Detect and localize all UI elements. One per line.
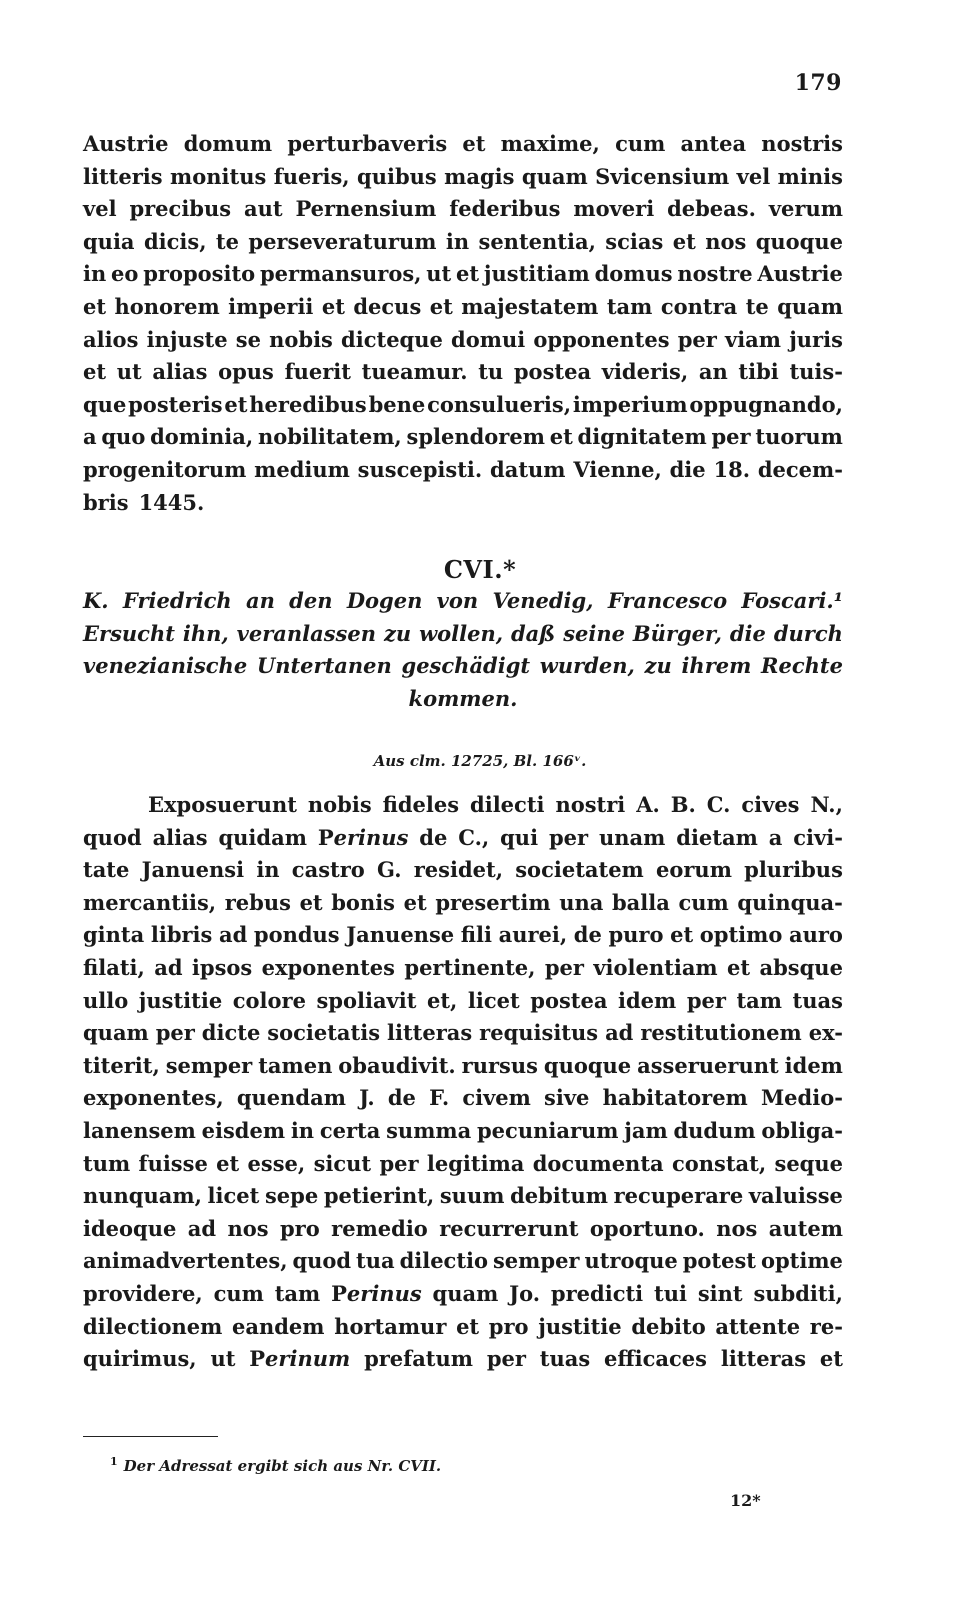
body-line: titerit,sempertamenobaudivit.rursusquoqu… — [83, 1050, 843, 1082]
source-citation: Aus clm. 12725, Bl. 166ᵛ. — [0, 752, 960, 770]
footnote-marker: 1 — [110, 1455, 118, 1468]
regest-line: venezianischeUntertanengeschädigtwurden,… — [83, 650, 843, 682]
body-line: quirimus,utPerinumprefatumpertuasefficac… — [83, 1343, 843, 1375]
text-line: etutaliasopusfuerittueamur.tuposteavider… — [83, 356, 843, 388]
text-line: bris1445. — [83, 487, 843, 519]
body-line: quamperdictesocietatislitterasrequisitus… — [83, 1017, 843, 1049]
body-line: ExposueruntnobisfidelesdilectinostriA.B.… — [148, 789, 843, 821]
body-line: lanensemeisdemincertasummapecuniarumjamd… — [83, 1115, 843, 1147]
text-line: quiadicis,teperseveraturuminsententia,sc… — [83, 226, 843, 258]
regest-line: Ersuchtihn,veranlassenzuwollen,daßseineB… — [83, 618, 843, 650]
page-number: 179 — [795, 70, 842, 96]
body-line: filati,adipsosexponentespertinente,pervi… — [83, 952, 843, 984]
text-line: progenitorummediumsuscepisti.datumVienne… — [83, 454, 843, 486]
text-line: aliosinjustesenobisdictequedomuiopponent… — [83, 324, 843, 356]
footnote: 1Der Adressat ergibt sich aus Nr. CVII. — [110, 1455, 441, 1475]
text-line: Austriedomumperturbaverisetmaxime,cumant… — [83, 128, 843, 160]
text-line: ethonoremimperiietdecusetmajestatemtamco… — [83, 291, 843, 323]
body-line: ullojustitiecolorespoliavitet,licetposte… — [83, 985, 843, 1017]
text-line: aquodominia,nobilitatem,splendoremetdign… — [83, 421, 843, 453]
body-line: dilectionemeandemhortamuretprojustitiede… — [83, 1311, 843, 1343]
body-line: gintalibrisadpondusJanuensefiliaurei,dep… — [83, 919, 843, 951]
body-line: ideoqueadnosproremediorecurreruntoportun… — [83, 1213, 843, 1245]
book-page: 179 Austriedomumperturbaverisetmaxime,cu… — [0, 0, 960, 1615]
body-line: tumfuisseetesse,sicutperlegitimadocument… — [83, 1148, 843, 1180]
regest-line: K.FriedrichandenDogenvonVenedig,Francesc… — [83, 585, 843, 617]
body-line: exponentes,quendamJ.deF.civemsivehabitat… — [83, 1082, 843, 1114]
text-line: ineopropositopermansuros,utetjustitiamdo… — [83, 258, 843, 290]
signature-mark: 12* — [730, 1491, 761, 1510]
body-line: quodaliasquidamPerinusdeC.,quiperunamdie… — [83, 822, 843, 854]
text-line: queposterisetheredibusbeneconsulueris,im… — [83, 389, 843, 421]
body-line: mercantiis,rebusetbonisetpresertimunabal… — [83, 887, 843, 919]
body-line: animadvertentes,quodtuadilectiosemperutr… — [83, 1245, 843, 1277]
footnote-rule — [83, 1436, 218, 1437]
text-line: litterismonitusfueris,quibusmagisquamSvi… — [83, 161, 843, 193]
body-line: tateJanuensiincastroG.residet,societatem… — [83, 854, 843, 886]
body-line: providere,cumtamPerinusquamJo.predictitu… — [83, 1278, 843, 1310]
regest-line: kommen. — [83, 683, 843, 715]
document-number: CVI.* — [0, 555, 960, 584]
text-line: velprecibusautPernensiumfederibusmoverid… — [83, 193, 843, 225]
footnote-text: Der Adressat ergibt sich aus Nr. CVII. — [124, 1457, 442, 1475]
body-line: nunquam,licetsepepetierint,suumdebitumre… — [83, 1180, 843, 1212]
